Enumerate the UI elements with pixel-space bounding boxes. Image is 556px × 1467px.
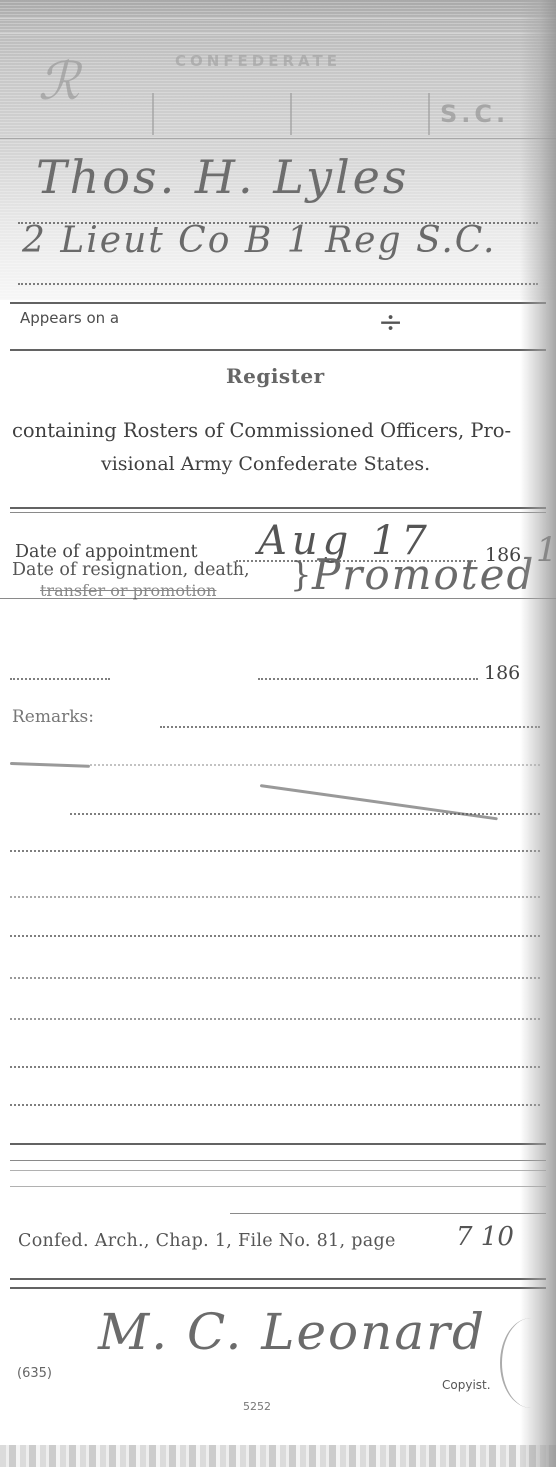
remarks-line <box>10 1066 540 1068</box>
header-scan-line <box>0 18 556 19</box>
copyist-label: Copyist. <box>442 1378 491 1392</box>
copyist-signature: M. C. Leonard <box>98 1303 486 1361</box>
header-monogram-icon: ℛ <box>38 52 80 112</box>
date-of-appointment-label: Date of appointment <box>15 542 198 562</box>
header-divider <box>428 93 430 135</box>
date-dotted-line <box>10 678 110 680</box>
header-divider <box>152 93 154 135</box>
section-rule <box>10 1287 546 1289</box>
section-rule <box>10 1160 546 1161</box>
date-dotted-line <box>258 678 478 680</box>
section-rule <box>10 302 546 304</box>
remarks-line <box>10 850 540 852</box>
section-rule <box>10 1278 546 1280</box>
soldier-rank-unit: 2 Lieut Co B 1 Reg S.C. <box>22 220 497 261</box>
remarks-line <box>10 935 540 937</box>
rank-dotted-line <box>18 283 538 285</box>
header-state: S.C. <box>440 100 509 128</box>
record-description-line1: containing Rosters of Commissioned Offic… <box>12 419 511 442</box>
resignation-rule <box>0 598 556 599</box>
appears-on-mark: ÷ <box>378 305 403 340</box>
service-record-card: ℛ CONFEDERATE S.C. Thos. H. Lyles 2 Lieu… <box>0 0 556 1467</box>
record-type-heading: Register <box>226 364 325 388</box>
file-page-number: 7 10 <box>456 1222 514 1252</box>
header-divider <box>290 93 292 135</box>
section-rule <box>10 1143 546 1145</box>
card-number: 5252 <box>243 1400 271 1413</box>
remarks-line <box>10 977 540 979</box>
header-bottom-rule <box>0 138 556 139</box>
scanned-bottom-edge <box>0 1445 556 1467</box>
scanned-right-edge <box>520 0 556 1467</box>
date-of-resignation-label: Date of resignation, death, <box>12 560 250 580</box>
remarks-handwritten-stroke <box>10 762 90 768</box>
remarks-label: Remarks: <box>12 707 94 727</box>
section-rule <box>10 1170 546 1171</box>
header-scan-line <box>0 33 556 34</box>
soldier-name: Thos. H. Lyles <box>36 150 409 204</box>
remarks-line <box>10 1018 540 1020</box>
header-title: CONFEDERATE <box>175 52 341 70</box>
section-rule <box>10 349 546 351</box>
form-number: (635) <box>17 1366 52 1381</box>
appears-on-label: Appears on a <box>20 309 119 327</box>
remarks-line <box>90 764 540 766</box>
section-rule <box>230 1213 546 1214</box>
field-brace: } <box>290 555 312 595</box>
remarks-line <box>70 813 540 815</box>
second-year-prefix: 186 <box>484 662 520 684</box>
section-rule <box>10 507 546 509</box>
remarks-line <box>160 726 540 728</box>
remarks-line <box>10 1104 540 1106</box>
record-description-line2: visional Army Confederate States. <box>101 453 430 475</box>
section-rule <box>10 1186 546 1187</box>
file-reference: Confed. Arch., Chap. 1, File No. 81, pag… <box>18 1231 396 1251</box>
section-rule <box>10 512 546 513</box>
remarks-line <box>10 896 540 898</box>
date-of-resignation-value: Promoted <box>312 550 535 599</box>
